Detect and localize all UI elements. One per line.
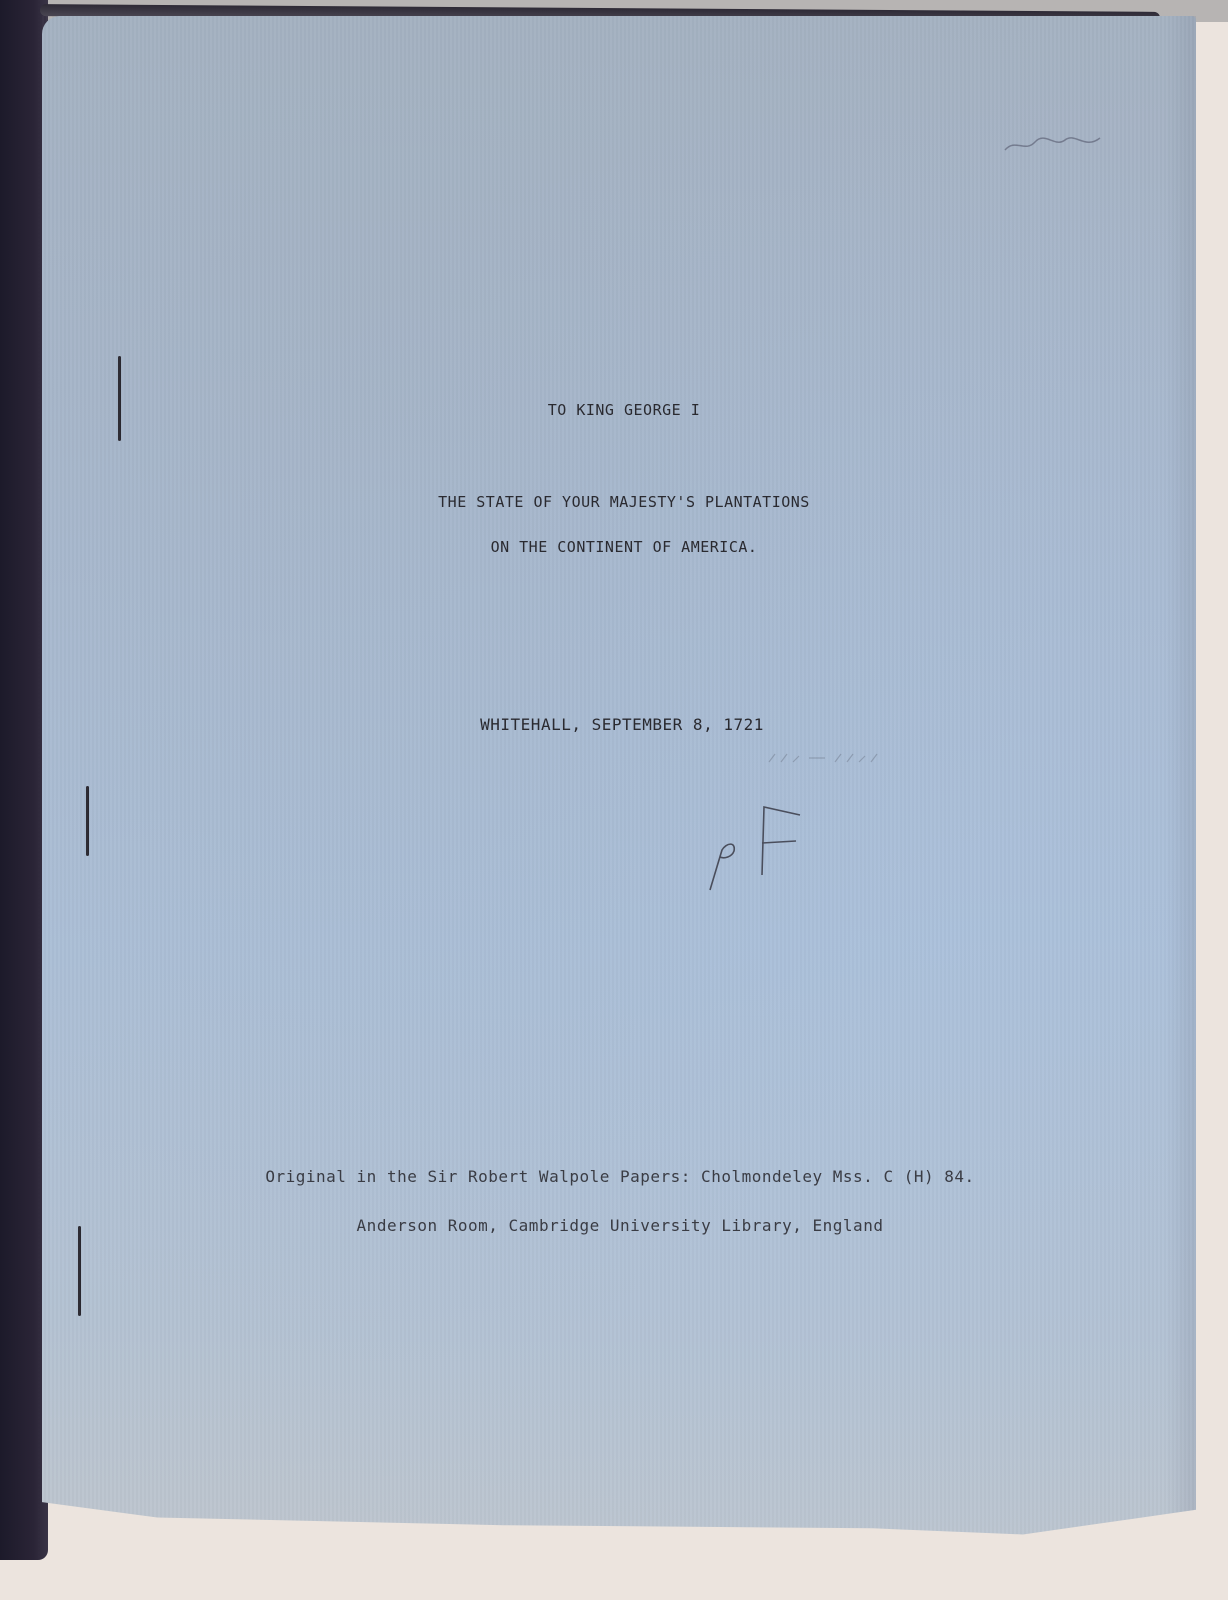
document-date: WHITEHALL, SEPTEMBER 8, 1721 (8, 715, 1228, 734)
document-heading: TO KING GEORGE I (10, 401, 1228, 419)
cover-page (42, 16, 1196, 1556)
underlying-paper (0, 1530, 1228, 1600)
binder-edge-shadow (0, 0, 48, 1560)
handwritten-date-range-mark (765, 748, 885, 768)
staple-hole-mark (78, 1226, 81, 1316)
staple-hole-mark (86, 786, 89, 856)
source-citation-line-1: Original in the Sir Robert Walpole Paper… (6, 1167, 1228, 1186)
document-title-line-1: THE STATE OF YOUR MAJESTY'S PLANTATIONS (10, 493, 1228, 511)
page-fold-shading (1166, 16, 1196, 1556)
staple-hole-mark (118, 356, 121, 441)
scanned-document-photo: TO KING GEORGE I THE STATE OF YOUR MAJES… (0, 0, 1228, 1600)
handwritten-note-mark (1000, 128, 1110, 158)
source-citation-line-2: Anderson Room, Cambridge University Libr… (6, 1216, 1228, 1235)
pencil-annotation-pf (700, 795, 820, 895)
document-title-line-2: ON THE CONTINENT OF AMERICA. (10, 538, 1228, 556)
